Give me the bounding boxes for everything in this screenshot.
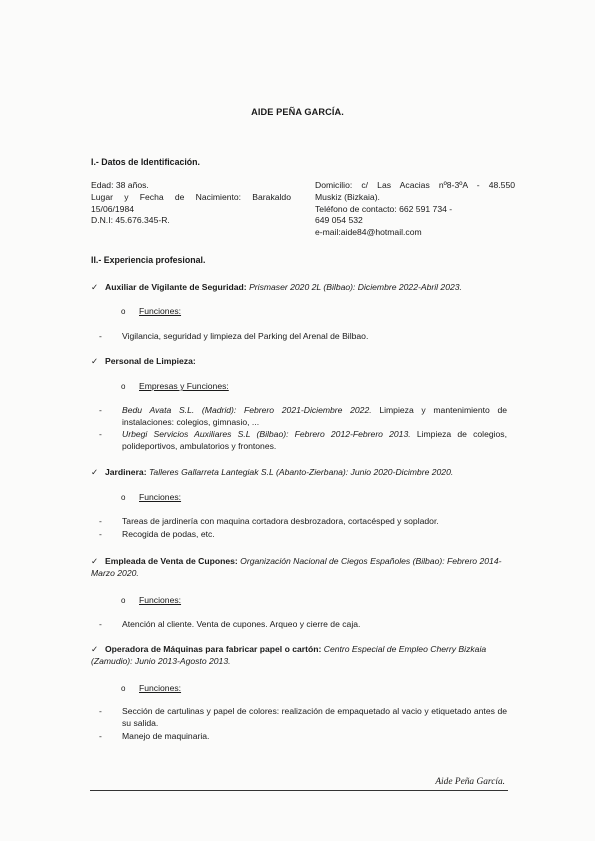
dash-bullet-icon: - <box>99 731 122 743</box>
circle-bullet-icon: o <box>121 493 139 502</box>
personal-data-right: Domicilio: c/ Las Acacias nº8-3ºA - 48.5… <box>315 180 515 239</box>
job-detail: Talleres Gallarreta Lantegiak S.L (Abant… <box>149 467 453 477</box>
dash-bullet-icon: - <box>99 529 122 541</box>
check-icon: ✓ <box>91 281 105 293</box>
check-icon: ✓ <box>91 466 105 478</box>
job-title: Auxiliar de Vigilante de Seguridad: <box>105 282 247 292</box>
check-icon: ✓ <box>91 355 105 367</box>
job-entry: ✓Empleada de Venta de Cupones: Organizac… <box>91 555 509 579</box>
dash-bullet-icon: - <box>99 331 122 343</box>
check-icon: ✓ <box>91 643 105 655</box>
footer-signature: Aide Peña García. <box>435 777 505 787</box>
dni: D.N.I: 45.676.345-R. <box>91 215 291 227</box>
job-title: Personal de Limpieza: <box>105 356 196 366</box>
task-item: -Bedu Avata S.L. (Madrid): Febrero 2021-… <box>99 405 509 429</box>
task-item: -Tareas de jardinería con maquina cortad… <box>99 516 509 528</box>
job-title: Jardinera: <box>105 467 147 477</box>
functions-subheading: oFunciones: <box>121 306 181 316</box>
address-city: Muskiz (Bizkaia). <box>315 192 515 204</box>
circle-bullet-icon: o <box>121 596 139 605</box>
phone: Teléfono de contacto: 662 591 734 - <box>315 204 515 216</box>
dash-bullet-icon: - <box>99 706 122 718</box>
job-entry: ✓Operadora de Máquinas para fabricar pap… <box>91 643 509 667</box>
footer-divider <box>90 790 508 791</box>
task-item: -Manejo de maquinaria. <box>99 731 509 743</box>
job-title: Operadora de Máquinas para fabricar pape… <box>105 644 321 654</box>
personal-data-left: Edad: 38 años. Lugar y Fecha de Nacimien… <box>91 180 291 227</box>
task-item: -Recogida de podas, etc. <box>99 529 509 541</box>
birth-date: 15/06/1984 <box>91 204 291 216</box>
birth-place: Lugar y Fecha de Nacimiento: Barakaldo <box>91 192 291 204</box>
functions-subheading: oFunciones: <box>121 683 181 693</box>
job-entry: ✓Auxiliar de Vigilante de Seguridad: Pri… <box>91 281 509 293</box>
job-title: Empleada de Venta de Cupones: <box>105 556 238 566</box>
functions-subheading: oFunciones: <box>121 492 181 502</box>
task-item: -Sección de cartulinas y papel de colore… <box>99 706 509 730</box>
job-entry: ✓Personal de Limpieza: <box>91 355 509 367</box>
job-entry: ✓Jardinera: Talleres Gallarreta Lantegia… <box>91 466 509 478</box>
email: e-mail:aide84@hotmail.com <box>315 227 515 239</box>
circle-bullet-icon: o <box>121 307 139 316</box>
companies-subheading: oEmpresas y Funciones: <box>121 381 229 391</box>
circle-bullet-icon: o <box>121 382 139 391</box>
dash-bullet-icon: - <box>99 405 122 417</box>
phone-2: 649 054 532 <box>315 215 515 227</box>
identification-heading: I.- Datos de Identificación. <box>91 157 200 167</box>
age: Edad: 38 años. <box>91 180 291 192</box>
task-item: -Atención al cliente. Venta de cupones. … <box>99 619 509 631</box>
dash-bullet-icon: - <box>99 619 122 631</box>
job-detail: Prismaser 2020 2L (Bilbao): Diciembre 20… <box>249 282 462 292</box>
check-icon: ✓ <box>91 555 105 567</box>
cv-page: AIDE PEÑA GARCÍA. I.- Datos de Identific… <box>0 0 595 841</box>
address: Domicilio: c/ Las Acacias nº8-3ºA - 48.5… <box>315 180 515 192</box>
dash-bullet-icon: - <box>99 516 122 528</box>
circle-bullet-icon: o <box>121 684 139 693</box>
task-item: -Urbegi Servicios Auxiliares S.L (Bilbao… <box>99 429 509 453</box>
dash-bullet-icon: - <box>99 429 122 441</box>
experience-heading: II.- Experiencia profesional. <box>91 255 205 265</box>
document-title: AIDE PEÑA GARCÍA. <box>0 107 595 117</box>
task-item: -Vigilancia, seguridad y limpieza del Pa… <box>99 331 509 343</box>
functions-subheading: oFunciones: <box>121 595 181 605</box>
